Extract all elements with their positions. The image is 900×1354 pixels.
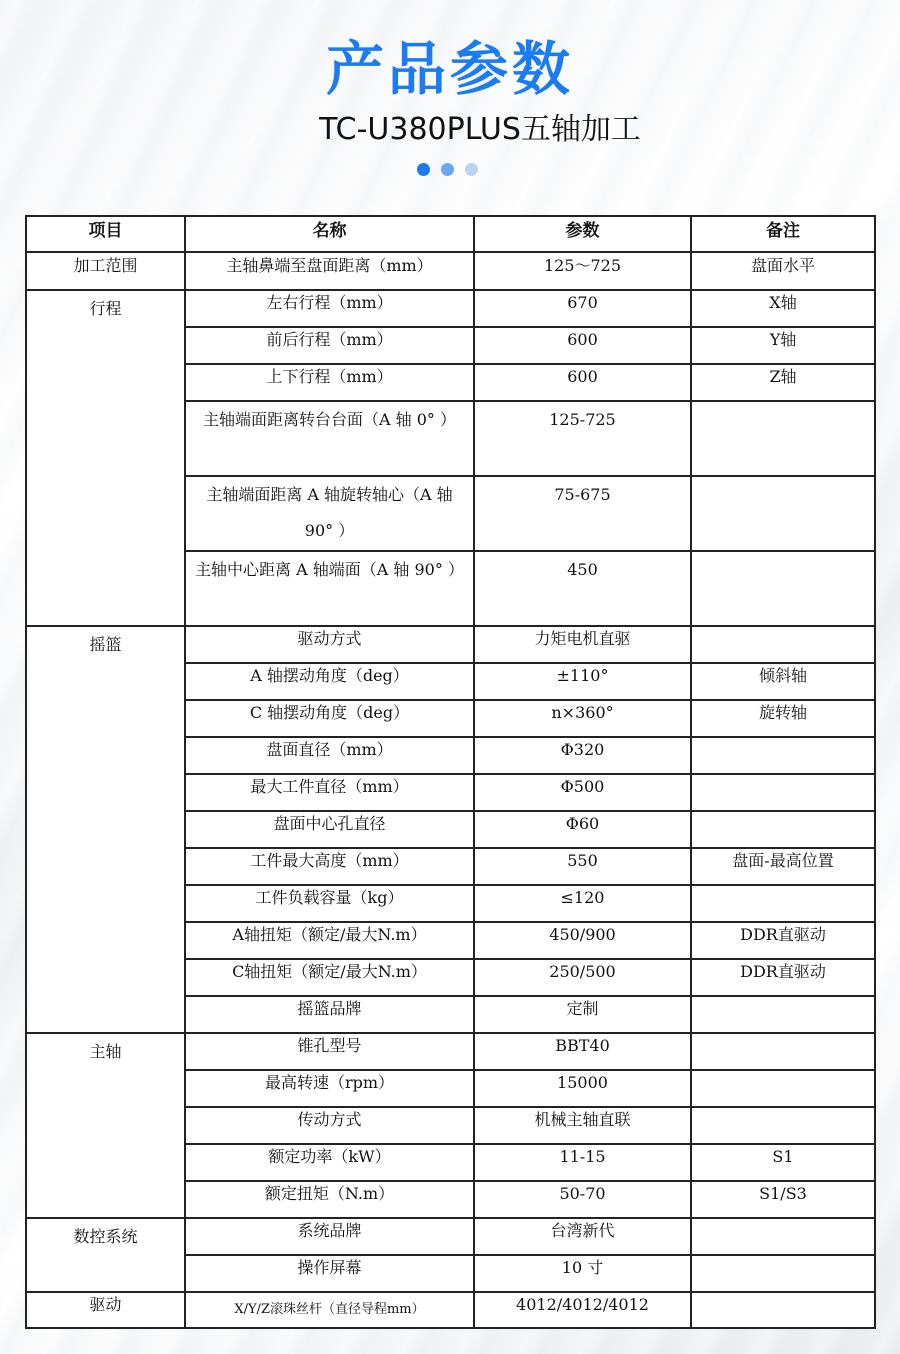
name-cell: 系统品牌 [185,1218,474,1255]
page-title: 产品参数 [0,22,900,106]
name-cell: 盘面直径（mm） [185,737,474,774]
spec-table: 项目 名称 参数 备注 加工范围 主轴鼻端至盘面距离（mm） 125～725 盘… [25,215,876,1329]
name-cell: 主轴端面距离转台台面（A 轴 0° ） [185,401,474,476]
value-cell: BBT40 [474,1033,691,1070]
table-row: 驱动 X/Y/Z滚珠丝杆（直径导程mm） 4012/4012/4012 [26,1292,875,1328]
name-cell: 额定扭矩（N.m） [185,1181,474,1218]
column-header-item: 项目 [26,216,185,252]
value-cell: 75-675 [474,476,691,551]
name-cell: C轴扭矩（额定/最大N.m） [185,959,474,996]
note-cell: 旋转轴 [691,700,875,737]
table-row: 行程 左右行程（mm） 670 X轴 [26,290,875,327]
name-cell: 最高转速（rpm） [185,1070,474,1107]
name-cell: 锥孔型号 [185,1033,474,1070]
value-cell: 600 [474,327,691,364]
name-cell: 主轴鼻端至盘面距离（mm） [185,252,474,290]
page-subtitle: TC-U380PLUS五轴加工 [0,104,900,148]
note-cell: S1/S3 [691,1181,875,1218]
table-row: 主轴 锥孔型号 BBT40 [26,1033,875,1070]
name-cell: 最大工件直径（mm） [185,774,474,811]
dot-indicator-3 [465,163,478,176]
category-cell: 主轴 [26,1033,185,1218]
note-cell [691,885,875,922]
value-cell: n×360° [474,700,691,737]
name-cell: 盘面中心孔直径 [185,811,474,848]
value-cell: 10 寸 [474,1255,691,1292]
value-cell: 550 [474,848,691,885]
name-cell: 操作屏幕 [185,1255,474,1292]
note-cell [691,1107,875,1144]
note-cell: Y轴 [691,327,875,364]
value-cell: 机械主轴直联 [474,1107,691,1144]
category-cell: 数控系统 [26,1218,185,1292]
value-cell: ≤120 [474,885,691,922]
note-cell: DDR直驱动 [691,959,875,996]
name-cell: 上下行程（mm） [185,364,474,401]
value-cell: Φ500 [474,774,691,811]
name-cell: 前后行程（mm） [185,327,474,364]
value-cell: 11-15 [474,1144,691,1181]
note-cell: 盘面水平 [691,252,875,290]
dot-indicator-2 [441,163,454,176]
table-header-row: 项目 名称 参数 备注 [26,216,875,252]
name-cell: A轴扭矩（额定/最大N.m） [185,922,474,959]
name-cell: 左右行程（mm） [185,290,474,327]
table-row: 摇篮 驱动方式 力矩电机直驱 [26,626,875,663]
value-cell: 50-70 [474,1181,691,1218]
note-cell [691,996,875,1033]
name-cell: C 轴摆动角度（deg） [185,700,474,737]
note-cell: S1 [691,1144,875,1181]
column-header-value: 参数 [474,216,691,252]
column-header-name: 名称 [185,216,474,252]
table-row: 数控系统 系统品牌 台湾新代 [26,1218,875,1255]
column-header-note: 备注 [691,216,875,252]
category-cell: 加工范围 [26,252,185,290]
table-row: 加工范围 主轴鼻端至盘面距离（mm） 125～725 盘面水平 [26,252,875,290]
name-cell: 传动方式 [185,1107,474,1144]
note-cell [691,774,875,811]
value-cell: 力矩电机直驱 [474,626,691,663]
value-cell: 250/500 [474,959,691,996]
value-cell: 125-725 [474,401,691,476]
note-cell: Z轴 [691,364,875,401]
name-cell: A 轴摆动角度（deg） [185,663,474,700]
value-cell: 125～725 [474,252,691,290]
category-cell: 行程 [26,290,185,626]
name-cell: 驱动方式 [185,626,474,663]
note-cell [691,1070,875,1107]
category-cell: 驱动 [26,1292,185,1328]
note-cell: 倾斜轴 [691,663,875,700]
name-cell: 工件负载容量（kg） [185,885,474,922]
value-cell: Φ320 [474,737,691,774]
value-cell: 450 [474,551,691,626]
name-cell: 主轴中心距离 A 轴端面（A 轴 90° ） [185,551,474,626]
note-cell [691,1033,875,1070]
value-cell: Φ60 [474,811,691,848]
name-cell: X/Y/Z滚珠丝杆（直径导程mm） [185,1292,474,1328]
note-cell [691,551,875,626]
note-cell: 盘面-最高位置 [691,848,875,885]
note-cell [691,1255,875,1292]
note-cell [691,737,875,774]
name-cell: 主轴端面距离 A 轴旋转轴心（A 轴 90° ） [185,476,474,551]
value-cell: 定制 [474,996,691,1033]
note-cell: DDR直驱动 [691,922,875,959]
note-cell: X轴 [691,290,875,327]
note-cell [691,626,875,663]
value-cell: 台湾新代 [474,1218,691,1255]
value-cell: 600 [474,364,691,401]
value-cell: 15000 [474,1070,691,1107]
note-cell [691,476,875,551]
name-cell: 工件最大高度（mm） [185,848,474,885]
value-cell: 670 [474,290,691,327]
carousel-dots [417,163,478,176]
note-cell [691,401,875,476]
category-cell: 摇篮 [26,626,185,1033]
value-cell: ±110° [474,663,691,700]
note-cell [691,1218,875,1255]
name-cell: 额定功率（kW） [185,1144,474,1181]
value-cell: 4012/4012/4012 [474,1292,691,1328]
dot-indicator-1 [417,163,430,176]
name-cell: 摇篮品牌 [185,996,474,1033]
note-cell [691,1292,875,1328]
note-cell [691,811,875,848]
value-cell: 450/900 [474,922,691,959]
